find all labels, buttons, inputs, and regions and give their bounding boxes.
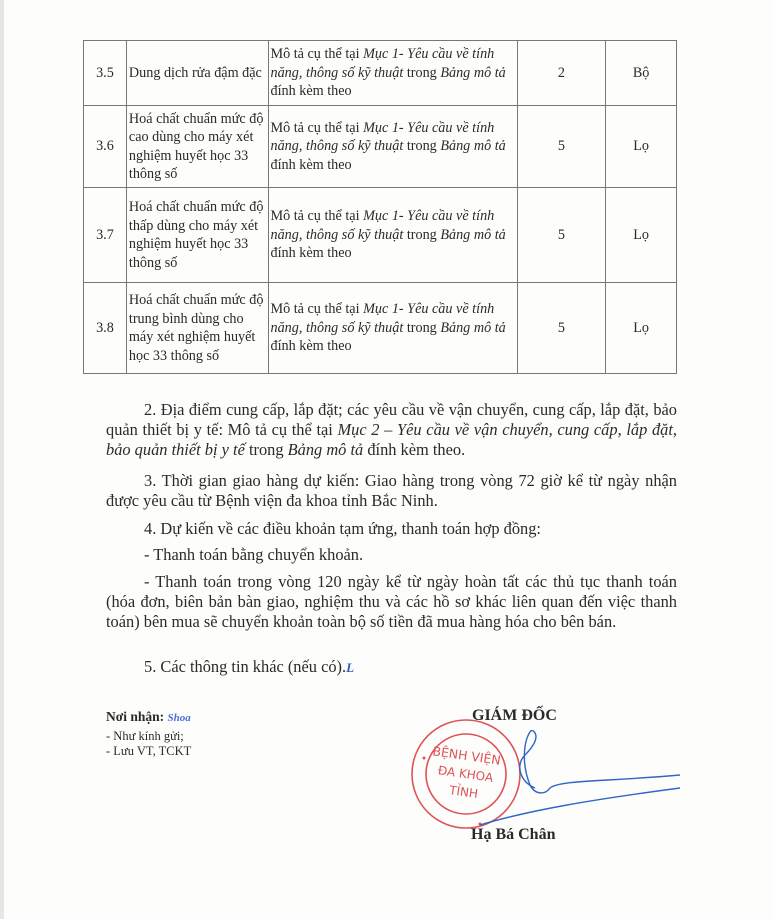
equipment-table: 3.5Dung dịch rửa đậm đặcMô tả cụ thể tại… — [83, 40, 677, 374]
item-3-delivery-time: 3. Thời gian giao hàng dự kiến: Giao hàn… — [106, 471, 677, 511]
item-5-other-info: 5. Các thông tin khác (nếu có).L — [106, 657, 677, 678]
item-name: Dung dịch rửa đậm đặc — [126, 41, 269, 106]
item-number: 3.8 — [84, 283, 127, 374]
item-unit: Lọ — [606, 188, 677, 283]
item-name: Hoá chất chuẩn mức độ cao dùng cho máy x… — [126, 106, 269, 188]
item-name: Hoá chất chuẩn mức độ thấp dùng cho máy … — [126, 188, 269, 283]
item-description: Mô tả cụ thể tại Mục 1- Yêu cầu về tính … — [269, 106, 517, 188]
table-row: 3.6Hoá chất chuẩn mức độ cao dùng cho má… — [84, 106, 677, 188]
table-row: 3.5Dung dịch rửa đậm đặcMô tả cụ thể tại… — [84, 41, 677, 106]
item-4a-transfer: - Thanh toán bằng chuyển khoản. — [106, 545, 677, 565]
handwritten-initial: Shoa — [168, 712, 191, 724]
item-quantity: 5 — [517, 106, 606, 188]
item-quantity: 5 — [517, 188, 606, 283]
item-description: Mô tả cụ thể tại Mục 1- Yêu cầu về tính … — [269, 188, 517, 283]
item-number: 3.5 — [84, 41, 127, 106]
item-unit: Lọ — [606, 283, 677, 374]
item-number: 3.6 — [84, 106, 127, 188]
item-quantity: 2 — [517, 41, 606, 106]
item-unit: Bộ — [606, 41, 677, 106]
page-edge — [0, 0, 4, 919]
table-row: 3.7Hoá chất chuẩn mức độ thấp dùng cho m… — [84, 188, 677, 283]
item-4-payment-terms: 4. Dự kiến về các điều khoản tạm ứng, th… — [106, 519, 677, 539]
signer-title: GIÁM ĐỐC — [472, 707, 557, 725]
item-unit: Lọ — [606, 106, 677, 188]
item-number: 3.7 — [84, 188, 127, 283]
signature-icon — [440, 730, 680, 830]
item-quantity: 5 — [517, 283, 606, 374]
item-name: Hoá chất chuẩn mức độ trung bình dùng ch… — [126, 283, 269, 374]
table-row: 3.8Hoá chất chuẩn mức độ trung bình dùng… — [84, 283, 677, 374]
signer-name: Hạ Bá Chân — [471, 826, 555, 844]
recipient-item: - Như kính gửi; — [106, 729, 191, 744]
recipient-item: - Lưu VT, TCKT — [106, 744, 191, 759]
recipients-title: Nơi nhận: Shoa — [106, 709, 191, 726]
item-2-delivery-location: 2. Địa điểm cung cấp, lắp đặt; các yêu c… — [106, 400, 677, 460]
item-description: Mô tả cụ thể tại Mục 1- Yêu cầu về tính … — [269, 41, 517, 106]
recipients-block: Nơi nhận: Shoa - Như kính gửi; - Lưu VT,… — [106, 709, 191, 759]
item-4b-payment-period: - Thanh toán trong vòng 120 ngày kể từ n… — [106, 572, 677, 632]
item-description: Mô tả cụ thể tại Mục 1- Yêu cầu về tính … — [269, 283, 517, 374]
initial-mark: L — [346, 660, 354, 675]
